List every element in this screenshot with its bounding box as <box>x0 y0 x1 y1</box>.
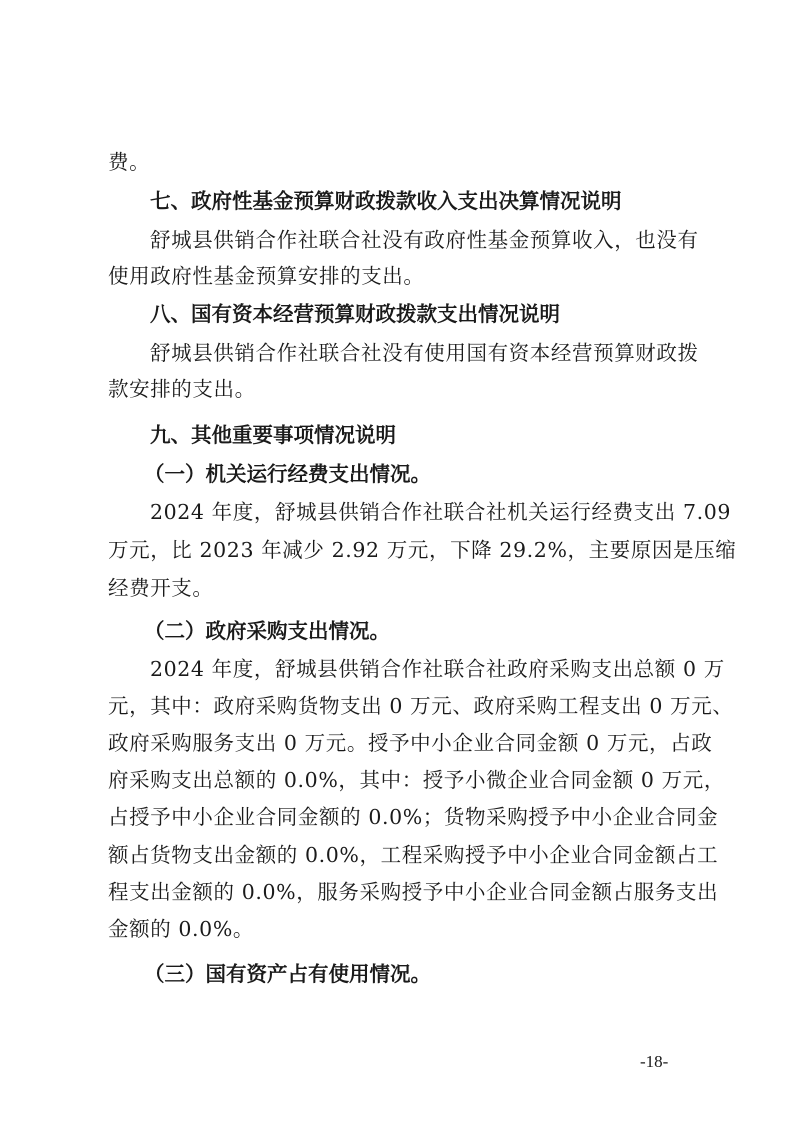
paragraph-line: 万元，比 2023 年减少 2.92 万元，下降 29.2%，主要原因是压缩 <box>108 538 690 562</box>
document-page: 费。 七、政府性基金预算财政拨款收入支出决算情况说明 舒城县供销合作社联合社没有… <box>0 0 794 1122</box>
paragraph-line: 额占货物支出金额的 0.0%，工程采购授予中小企业合同金额占工 <box>108 843 690 867</box>
paragraph-line: 政府采购服务支出 0 万元。授予中小企业合同金额 0 万元，占政 <box>108 731 690 755</box>
paragraph-line: 程支出金额的 0.0%，服务采购授予中小企业合同金额占服务支出 <box>108 880 690 904</box>
subsection-heading-3: （三）国有资产占有使用情况。 <box>144 962 726 986</box>
paragraph-line: 元，其中：政府采购货物支出 0 万元、政府采购工程支出 0 万元、 <box>108 694 690 718</box>
subsection-heading-2: （二）政府采购支出情况。 <box>144 619 726 643</box>
section-heading-7: 七、政府性基金预算财政拨款收入支出决算情况说明 <box>150 189 690 213</box>
paragraph-line: 占授予中小企业合同金额的 0.0%；货物采购授予中小企业合同金 <box>108 805 690 829</box>
paragraph-line: 舒城县供销合作社联合社没有使用国有资本经营预算财政拨 <box>150 341 690 365</box>
paragraph-line: 使用政府性基金预算安排的支出。 <box>108 264 690 288</box>
page-number: -18- <box>640 1052 668 1072</box>
paragraph-line: 舒城县供销合作社联合社没有政府性基金预算收入，也没有 <box>150 228 690 252</box>
paragraph-line: 经费开支。 <box>108 576 690 600</box>
paragraph-continuation: 费。 <box>108 150 690 174</box>
paragraph-line: 府采购支出总额的 0.0%，其中：授予小微企业合同金额 0 万元， <box>108 768 690 792</box>
paragraph-line: 2024 年度，舒城县供销合作社联合社机关运行经费支出 7.09 <box>150 500 690 524</box>
section-heading-9: 九、其他重要事项情况说明 <box>150 423 690 447</box>
subsection-heading-1: （一）机关运行经费支出情况。 <box>144 462 726 486</box>
paragraph-line: 2024 年度，舒城县供销合作社联合社政府采购支出总额 0 万 <box>150 657 690 681</box>
paragraph-line: 金额的 0.0%。 <box>108 917 690 941</box>
paragraph-line: 款安排的支出。 <box>108 377 690 401</box>
section-heading-8: 八、国有资本经营预算财政拨款支出情况说明 <box>150 302 690 326</box>
